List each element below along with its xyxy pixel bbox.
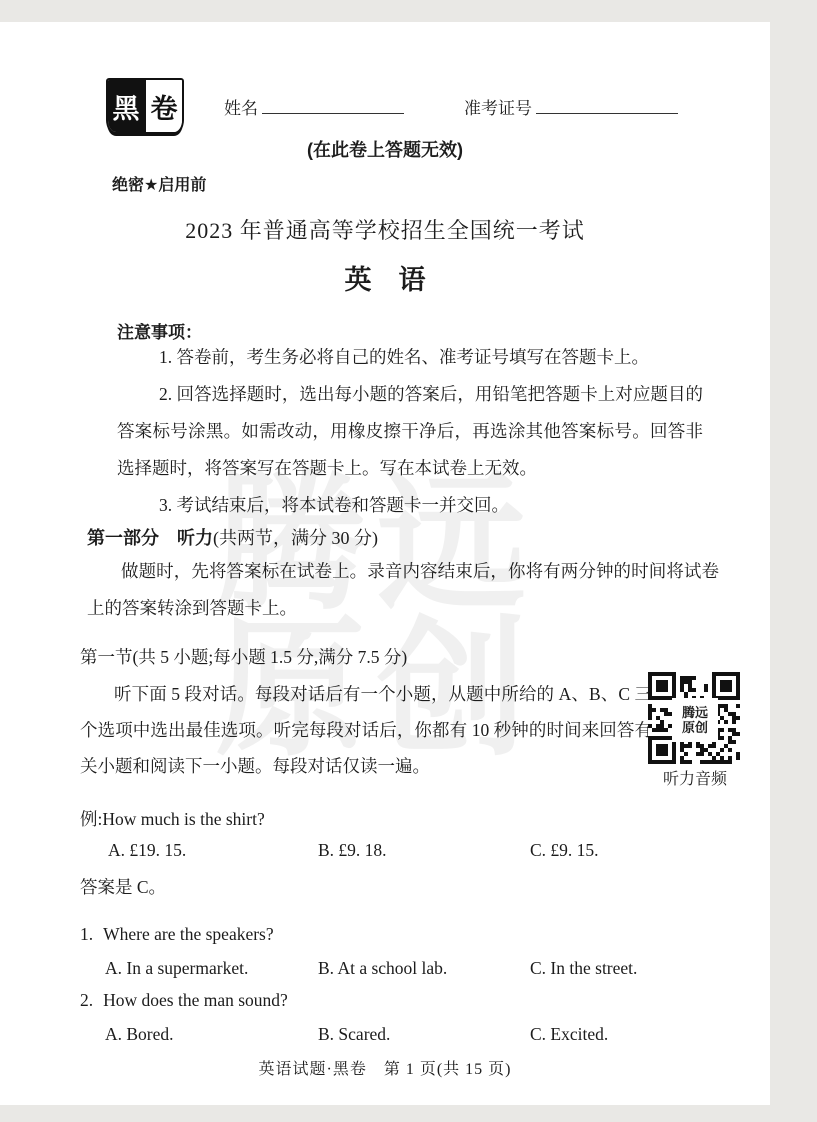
name-field: 姓名 (224, 94, 404, 119)
page-footer: 英语试题·黑卷 第 1 页(共 15 页) (0, 1056, 770, 1079)
question-1: 1.Where are the speakers? (80, 924, 274, 945)
note-item: 2. 回答选择题时，选出每小题的答案后，用铅笔把答题卡上对应题目的答案标号涂黑。… (117, 376, 703, 487)
example-option-a: A. £19. 15. (108, 840, 186, 861)
example-answer: 答案是 C。 (80, 874, 166, 899)
question-1-option-a: A. In a supermarket. (105, 958, 248, 979)
scan-margin-bottom (0, 1105, 817, 1122)
question-2-option-a: A. Bored. (105, 1024, 174, 1045)
invalid-notice: (在此卷上答题无效) (0, 136, 770, 162)
question-2-text: How does the man sound? (103, 990, 288, 1010)
part1-heading-bold: 第一部分 听力 (87, 528, 213, 548)
question-2-option-c: C. Excited. (530, 1024, 608, 1045)
book-left-page: 黑 (108, 80, 144, 132)
heijuan-logo: 黑 卷 (106, 78, 184, 136)
book-right-page: 卷 (144, 80, 182, 132)
exam-id-blank-line (536, 99, 678, 114)
secret-label: 绝密★启用前 (112, 172, 206, 195)
question-1-option-b: B. At a school lab. (318, 958, 447, 979)
book-icon: 黑 卷 (106, 78, 184, 134)
part1-heading: 第一部分 听力(共两节，满分 30 分) (87, 524, 378, 550)
section1-heading: 第一节(共 5 小题;每小题 1.5 分,满分 7.5 分) (80, 644, 407, 669)
qr-caption: 听力音频 (644, 766, 746, 789)
part1-intro: 做题时，先将答案标在试卷上。录音内容结束后，你将有两分钟的时间将试卷上的答案转涂… (87, 553, 719, 627)
example-option-c: C. £9. 15. (530, 840, 599, 861)
question-2-number: 2. (80, 990, 93, 1011)
note-item: 1. 答卷前，考生务必将自己的姓名、准考证号填写在答题卡上。 (117, 339, 703, 376)
qr-center-label: 腾远原创 (672, 698, 718, 742)
question-2: 2.How does the man sound? (80, 990, 288, 1011)
question-1-number: 1. (80, 924, 93, 945)
question-2-option-b: B. Scared. (318, 1024, 390, 1045)
name-label: 姓名 (224, 99, 258, 118)
example-label: 例: (80, 809, 102, 829)
exam-title: 2023 年普通高等学校招生全国统一考试 (0, 214, 770, 245)
example-question: 例:How much is the shirt? (80, 806, 265, 831)
name-blank-line (262, 99, 404, 114)
example-text: How much is the shirt? (102, 809, 264, 829)
scan-margin-top (0, 0, 817, 22)
exam-id-field: 准考证号 (464, 94, 678, 119)
example-option-b: B. £9. 18. (318, 840, 387, 861)
exam-id-label: 准考证号 (464, 99, 532, 118)
part1-heading-rest: (共两节，满分 30 分) (213, 528, 378, 548)
subject-title: 英 语 (0, 258, 770, 297)
listening-audio-qr-code: 腾远原创 (648, 672, 742, 766)
scan-margin-right (770, 22, 817, 1105)
question-1-option-c: C. In the street. (530, 958, 637, 979)
note-item: 3. 考试结束后，将本试卷和答题卡一并交回。 (117, 487, 703, 524)
notes-list: 1. 答卷前，考生务必将自己的姓名、准考证号填写在答题卡上。 2. 回答选择题时… (117, 339, 703, 524)
section1-intro: 听下面 5 段对话。每段对话后有一个小题，从题中所给的 A、B、C 三个选项中选… (80, 676, 652, 784)
question-1-text: Where are the speakers? (103, 924, 274, 944)
